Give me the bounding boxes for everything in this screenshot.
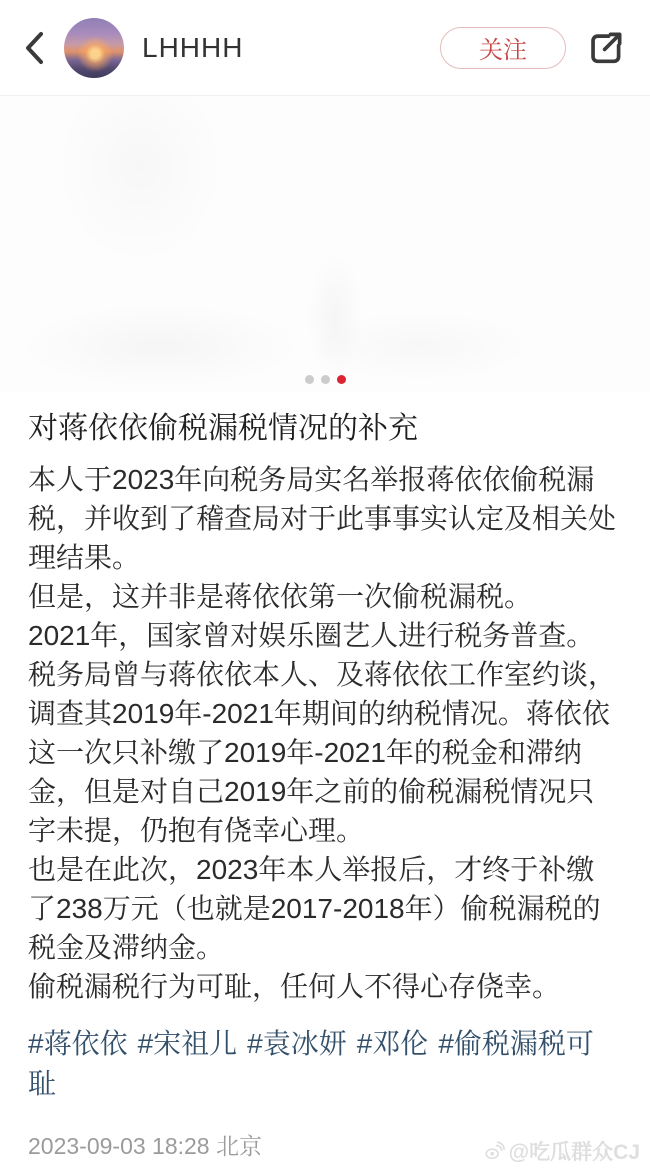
- image-carousel[interactable]: [0, 96, 650, 392]
- carousel-dot-active[interactable]: [337, 375, 346, 384]
- carousel-dot[interactable]: [321, 375, 330, 384]
- carousel-image: [0, 96, 650, 392]
- hashtag-link[interactable]: #蒋依依: [28, 1028, 128, 1059]
- weibo-logo-icon: [483, 1140, 505, 1162]
- post-paragraph: 本人于2023年向税务局实名举报蒋依依偷税漏税，并收到了稽查局对于此事事实认定及…: [28, 460, 622, 577]
- share-icon: [585, 27, 627, 69]
- post-body: 本人于2023年向税务局实名举报蒋依依偷税漏税，并收到了稽查局对于此事事实认定及…: [28, 460, 622, 1006]
- watermark: @吃瓜群众CJ: [483, 1136, 640, 1166]
- carousel-dot[interactable]: [305, 375, 314, 384]
- post-paragraph: 也是在此次，2023年本人举报后，才终于补缴了238万元（也就是2017-201…: [28, 850, 622, 967]
- post-paragraph: 2021年，国家曾对娱乐圈艺人进行税务普查。税务局曾与蒋依依本人、及蒋依依工作室…: [28, 616, 622, 850]
- header-bar: LHHHH 关注: [0, 0, 650, 96]
- post-content: 对蒋依依偷税漏税情况的补充 本人于2023年向税务局实名举报蒋依依偷税漏税，并收…: [0, 392, 650, 1161]
- post-paragraph: 偷税漏税行为可耻，任何人不得心存侥幸。: [28, 967, 622, 1006]
- post-title: 对蒋依依偷税漏税情况的补充: [28, 408, 622, 450]
- watermark-text: @吃瓜群众CJ: [509, 1136, 640, 1166]
- hashtag-link[interactable]: #邓伦: [357, 1028, 429, 1059]
- hashtag-link[interactable]: #袁冰妍: [247, 1028, 347, 1059]
- back-chevron-icon: [22, 28, 48, 68]
- hashtag-link[interactable]: #宋祖儿: [138, 1028, 238, 1059]
- avatar[interactable]: [64, 18, 124, 78]
- hashtag-list: #蒋依依#宋祖儿#袁冰妍#邓伦#偷税漏税可耻: [28, 1024, 622, 1104]
- back-button[interactable]: [22, 26, 56, 70]
- follow-button[interactable]: 关注: [440, 27, 566, 69]
- carousel-dots: [0, 375, 650, 384]
- username: LHHHH: [142, 32, 440, 64]
- share-button[interactable]: [584, 26, 628, 70]
- post-paragraph: 但是，这并非是蒋依依第一次偷税漏税。: [28, 577, 622, 616]
